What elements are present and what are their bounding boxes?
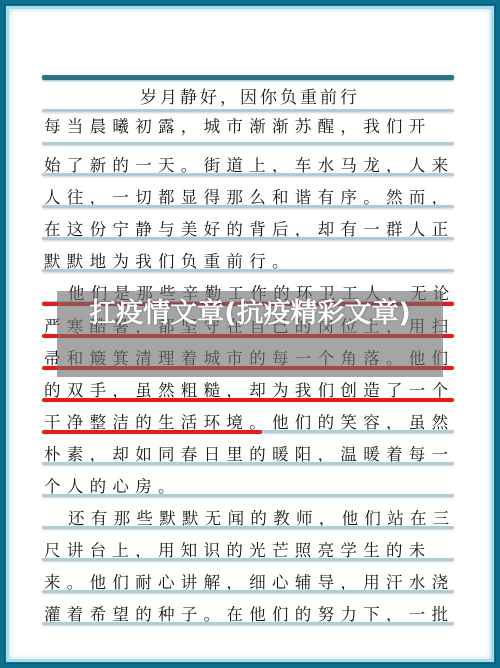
text-line: 每当晨曦初露，城市渐渐苏醒，我们开 bbox=[44, 113, 454, 137]
rule-line bbox=[42, 205, 454, 208]
rule-line bbox=[42, 237, 454, 240]
rule-line bbox=[42, 142, 454, 145]
document-heading: 岁月静好，因你负重前行 bbox=[0, 83, 500, 108]
heading-rule bbox=[42, 75, 454, 80]
red-underline bbox=[42, 430, 262, 434]
rule-line bbox=[42, 526, 454, 529]
rule-line bbox=[42, 494, 454, 497]
rule-line bbox=[42, 462, 454, 465]
rule-line bbox=[42, 590, 454, 593]
rule-line bbox=[42, 109, 454, 112]
red-underline bbox=[42, 398, 454, 402]
rule-line bbox=[42, 269, 454, 272]
title-overlay: 扛疫情文章(抗疫精彩文章) bbox=[57, 291, 443, 377]
overlay-title: 扛疫情文章(抗疫精彩文章) bbox=[57, 295, 443, 333]
rule-line bbox=[42, 173, 454, 176]
rule-line bbox=[42, 558, 454, 561]
rule-line bbox=[42, 622, 454, 625]
